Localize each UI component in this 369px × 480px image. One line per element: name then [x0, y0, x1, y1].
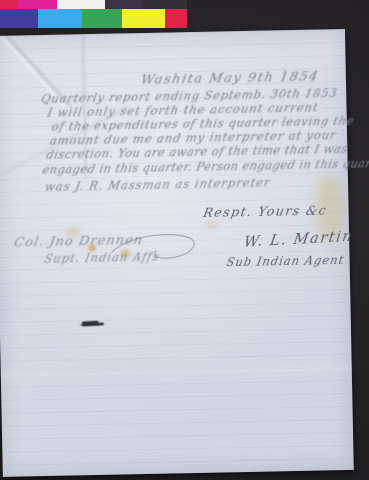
colorbar-patch-indigo: [0, 9, 38, 28]
dateline: Washita May 9th 1854: [139, 69, 320, 88]
signature-title: Sub Indian Agent: [225, 253, 345, 269]
closing: Respt. Yours &c: [202, 202, 329, 220]
signature: W. L. Martin: [243, 229, 355, 251]
color-calibration-bar: [0, 0, 187, 28]
ink-smudge: [82, 321, 99, 327]
colorbar-patch-yellow: [122, 9, 165, 28]
colorbar-patch-cyan: [38, 9, 82, 28]
colorbar-patch-red2: [165, 9, 187, 28]
colorbar-patch-white: [57, 0, 105, 9]
body-line: was J. R. Massman as interpreter: [44, 175, 272, 194]
colorbar-patch-green: [82, 9, 122, 28]
colorbar-patch-magenta: [18, 0, 57, 9]
colorbar-patch-dark-gray: [143, 0, 187, 9]
pen-flourish: [110, 228, 199, 268]
paper-stain: [206, 220, 219, 229]
paper-crease: [1, 367, 352, 376]
letter-page: Washita May 9th 1854 Quarterly report en…: [0, 29, 354, 477]
colorbar-patch-dark-purple: [105, 0, 143, 9]
colorbar-patch-red: [0, 0, 18, 9]
